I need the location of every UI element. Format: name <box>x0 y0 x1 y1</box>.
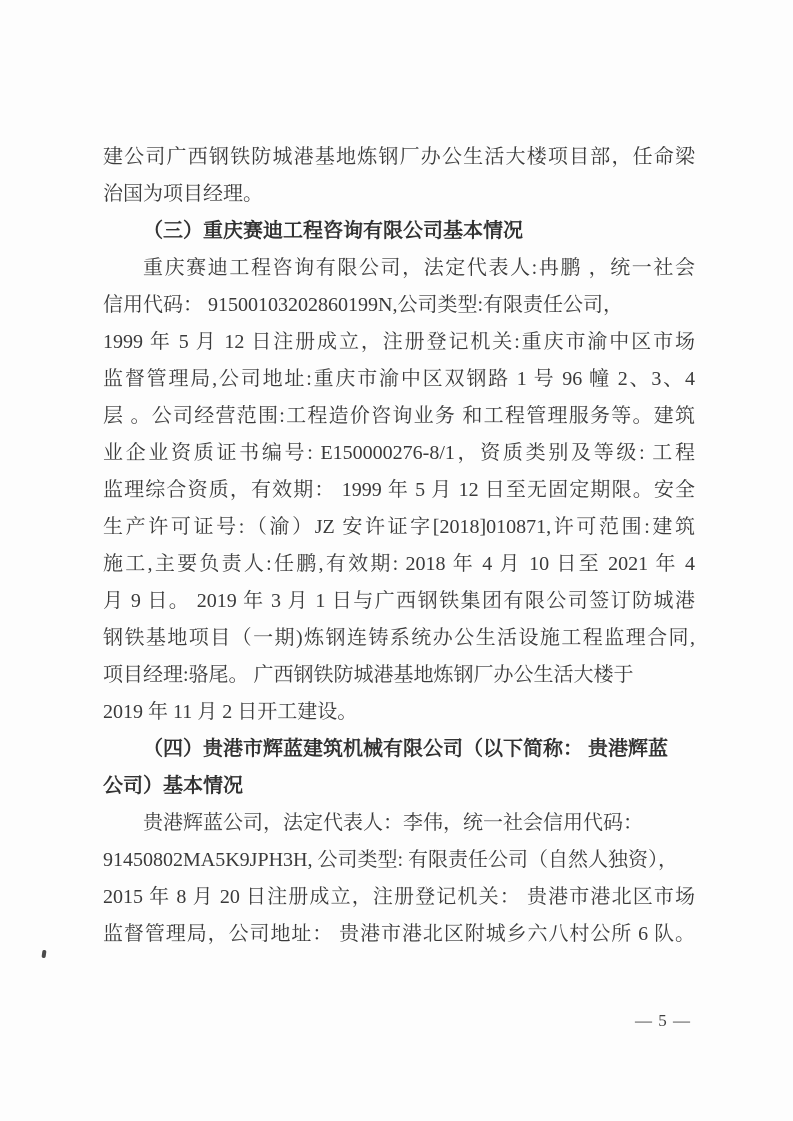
body-line: 钢铁基地项目（一期)炼钢连铸系统办公生活设施工程监理合同, <box>103 620 695 657</box>
body-line: 生产许可证号:（渝）JZ 安许证字[2018]010871,许可范围:建筑 <box>103 509 695 546</box>
body-line: 监督管理局,公司地址:重庆市渝中区双钢路 1 号 96 幢 2、3、4 <box>103 361 695 398</box>
body-line: 监督管理局，公司地址： 贵港市港北区附城乡六八村公所 6 队。 <box>103 916 695 953</box>
section-heading-3: （三）重庆赛迪工程咨询有限公司基本情况 <box>103 213 695 250</box>
body-line: 治国为项目经理。 <box>103 176 695 213</box>
document-text-block: 建公司广西钢铁防城港基地炼钢厂办公生活大楼项目部，任命梁治国为项目经理。（三）重… <box>103 139 695 953</box>
body-line: 项目经理:骆尾。 广西钢铁防城港基地炼钢厂办公生活大楼于 <box>103 657 695 694</box>
scan-speck <box>41 950 46 958</box>
section-heading-4: （四）贵港市辉蓝建筑机械有限公司（以下简称： 贵港辉蓝 <box>103 731 695 768</box>
body-line: 监理综合资质，有效期： 1999 年 5 月 12 日至无固定期限。安全 <box>103 472 695 509</box>
body-line: 2015 年 8 月 20 日注册成立，注册登记机关： 贵港市港北区市场 <box>103 879 695 916</box>
document-page: 建公司广西钢铁防城港基地炼钢厂办公生活大楼项目部，任命梁治国为项目经理。（三）重… <box>0 0 793 1121</box>
body-line: 建公司广西钢铁防城港基地炼钢厂办公生活大楼项目部，任命梁 <box>103 139 695 176</box>
body-line: 91450802MA5K9JPH3H, 公司类型: 有限责任公司（自然人独资）， <box>103 842 695 879</box>
body-line: 2019 年 11 月 2 日开工建设。 <box>103 694 695 731</box>
body-line: 业企业资质证书编号: E150000276-8/1，资质类别及等级: 工程 <box>103 435 695 472</box>
page-number: — 5 — <box>618 1004 708 1038</box>
body-line: 月 9 日。 2019 年 3 月 1 日与广西钢铁集团有限公司签订防城港 <box>103 583 695 620</box>
body-line: 1999 年 5 月 12 日注册成立，注册登记机关:重庆市渝中区市场 <box>103 324 695 361</box>
body-line: 层 。公司经营范围:工程造价咨询业务 和工程管理服务等。建筑 <box>103 398 695 435</box>
section-heading-4-cont: 公司）基本情况 <box>103 768 695 805</box>
body-line: 施工,主要负责人:任鹏,有效期: 2018 年 4 月 10 日至 2021 年… <box>103 546 695 583</box>
body-line: 贵港辉蓝公司，法定代表人：李伟，统一社会信用代码： <box>103 805 695 842</box>
body-line: 重庆赛迪工程咨询有限公司，法定代表人:冉鹏 ，统一社会 <box>103 250 695 287</box>
body-line: 信用代码： 91500103202860199N,公司类型:有限责任公司， <box>103 287 695 324</box>
